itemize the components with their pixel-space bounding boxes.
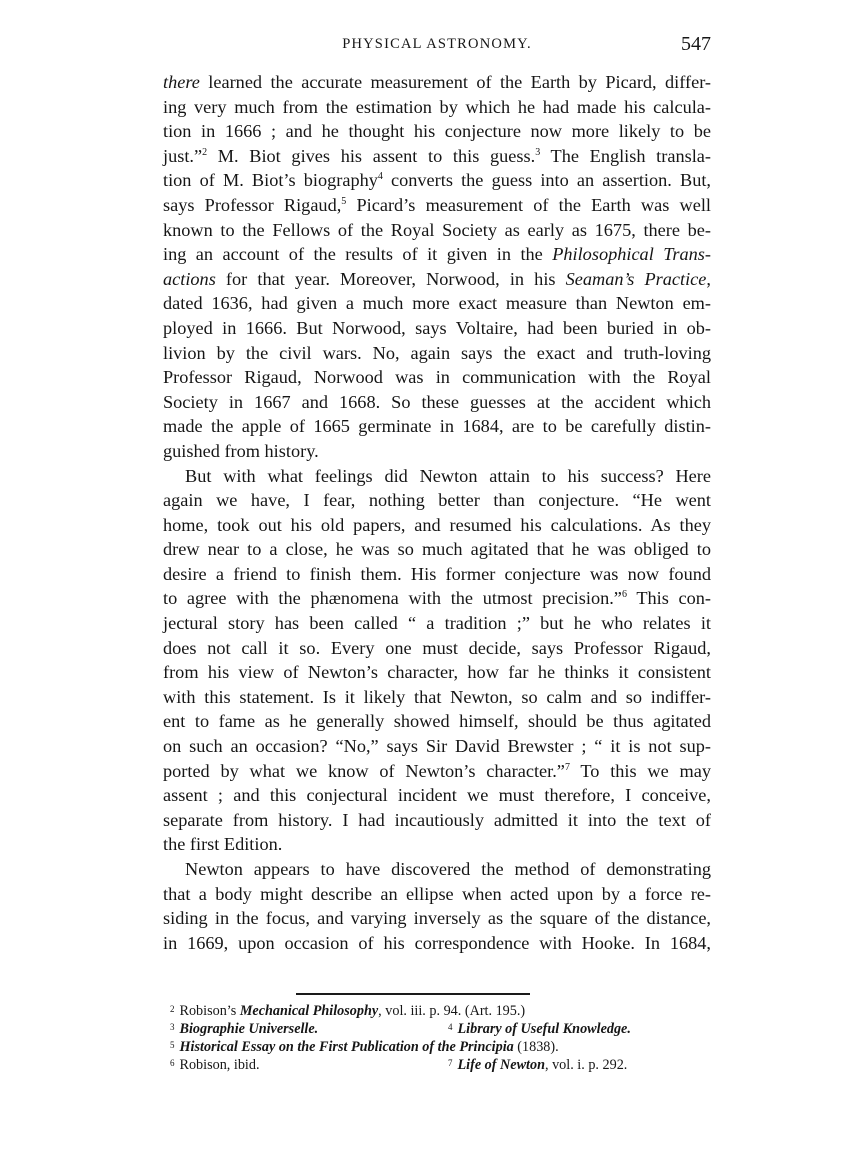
text-run: to agree with the phænomena with the utm…	[163, 588, 622, 608]
text-run: M. Biot gives his assent to this guess.	[207, 146, 535, 166]
italic-text: there	[163, 72, 200, 92]
text-run: dated 1636, had given a much more exact …	[163, 293, 711, 313]
footnote: 5Historical Essay on the First Publicati…	[170, 1036, 690, 1054]
italic-text: Seaman’s Practice	[566, 269, 707, 289]
text-run: Society in 1667 and 1668. So these guess…	[163, 392, 711, 412]
text-line: Society in 1667 and 1668. So these guess…	[163, 390, 711, 415]
text-line: tion in 1666 ; and he thought his conjec…	[163, 119, 711, 144]
footnote-title: Library of Useful Knowledge.	[458, 1021, 631, 1037]
text-line: the first Edition.	[163, 832, 711, 857]
footnote: 2Robison’s Mechanical Philosophy, vol. i…	[170, 1000, 690, 1018]
text-line: ployed in 1666. But Norwood, says Voltai…	[163, 316, 711, 341]
text-run: jectural story has been called “ a tradi…	[163, 613, 711, 633]
footnote-number: 4	[448, 1022, 453, 1032]
text-run: that a body might describe an ellipse wh…	[163, 884, 711, 904]
text-run: ported by what we know of Newton’s chara…	[163, 761, 565, 781]
text-run: in 1669, upon occasion of his correspond…	[163, 933, 711, 953]
footnote-rule	[296, 993, 530, 995]
footnote-title: Historical Essay on the First Publicatio…	[180, 1039, 514, 1055]
text-line: ing an account of the results of it give…	[163, 242, 711, 267]
footnote: 6Robison, ibid.7Life of Newton, vol. i. …	[170, 1054, 690, 1072]
text-line: jectural story has been called “ a tradi…	[163, 611, 711, 636]
text-run: guished from history.	[163, 441, 319, 461]
text-run: Newton appears to have discovered the me…	[185, 859, 711, 879]
text-run: does not call it so. Every one must deci…	[163, 638, 711, 658]
text-run: from his view of Newton’s character, how…	[163, 662, 711, 682]
text-line: separate from history. I had incautiousl…	[163, 808, 711, 833]
text-run: To this we may	[570, 761, 711, 781]
text-run: for that year. Moreover, Norwood, in his	[216, 269, 566, 289]
text-run: ployed in 1666. But Norwood, says Voltai…	[163, 318, 711, 338]
text-run: known to the Fellows of the Royal Societ…	[163, 220, 711, 240]
text-run: home, took out his old papers, and resum…	[163, 515, 711, 535]
text-run: tion of M. Biot’s biography	[163, 170, 378, 190]
footnote-number: 6	[170, 1058, 175, 1068]
footnote-right: 7Life of Newton, vol. i. p. 292.	[448, 1054, 627, 1074]
text-run: Picard’s measurement of the Earth was we…	[346, 195, 711, 215]
text-line: dated 1636, had given a much more exact …	[163, 291, 711, 316]
text-run: ent to fame as he generally showed himse…	[163, 711, 711, 731]
footnote-text: , vol. i. p. 292.	[545, 1057, 627, 1073]
text-run: on such an occasion? “No,” says Sir Davi…	[163, 736, 711, 756]
text-run: made the apple of 1665 germinate in 1684…	[163, 416, 711, 436]
text-run: ing an account of the results of it give…	[163, 244, 552, 264]
text-line: tion of M. Biot’s biography4 converts th…	[163, 168, 711, 193]
text-line: home, took out his old papers, and resum…	[163, 513, 711, 538]
footnote-number: 7	[448, 1058, 453, 1068]
footnote-number: 2	[170, 1004, 175, 1014]
italic-text: Philosophical Trans-	[552, 244, 711, 264]
text-line: just.”2 M. Biot gives his assent to this…	[163, 144, 711, 169]
text-line: again we have, I fear, nothing better th…	[163, 488, 711, 513]
text-line: made the apple of 1665 germinate in 1684…	[163, 414, 711, 439]
text-run: learned the accurate measurement of the …	[200, 72, 711, 92]
text-line: Professor Rigaud, Norwood was in communi…	[163, 365, 711, 390]
page-number: 547	[681, 33, 711, 56]
text-run: ing very much from the estimation by whi…	[163, 97, 711, 117]
footnote-number: 3	[170, 1022, 175, 1032]
text-line: ent to fame as he generally showed himse…	[163, 709, 711, 734]
text-line: that a body might describe an ellipse wh…	[163, 882, 711, 907]
text-line: ing very much from the estimation by whi…	[163, 95, 711, 120]
text-run: This con-	[627, 588, 711, 608]
text-run: just.”	[163, 146, 202, 166]
text-run: converts the guess into an assertion. Bu…	[383, 170, 711, 190]
text-run: desire a friend to finish them. His form…	[163, 564, 711, 584]
footnote-right: 4Library of Useful Knowledge.	[448, 1018, 631, 1038]
text-line: desire a friend to finish them. His form…	[163, 562, 711, 587]
footnotes: 2Robison’s Mechanical Philosophy, vol. i…	[170, 1000, 690, 1072]
running-title: PHYSICAL ASTRONOMY.	[163, 36, 711, 53]
text-run: again we have, I fear, nothing better th…	[163, 490, 711, 510]
text-line: on such an occasion? “No,” says Sir Davi…	[163, 734, 711, 759]
running-head: PHYSICAL ASTRONOMY. 547	[163, 33, 711, 55]
footnote-text: (1838).	[514, 1039, 559, 1055]
text-run: with this statement. Is it likely that N…	[163, 687, 711, 707]
footnote-text: Robison, ibid.	[180, 1057, 260, 1073]
footnote-title: Mechanical Philosophy	[240, 1003, 378, 1019]
text-line: Newton appears to have discovered the me…	[163, 857, 711, 882]
footnote-text: Robison’s	[180, 1003, 240, 1019]
text-run: siding in the focus, and varying inverse…	[163, 908, 711, 928]
text-line: with this statement. Is it likely that N…	[163, 685, 711, 710]
body-text: there learned the accurate measurement o…	[163, 70, 711, 955]
text-run: ,	[706, 269, 711, 289]
text-line: says Professor Rigaud,5 Picard’s measure…	[163, 193, 711, 218]
text-line: drew near to a close, he was so much agi…	[163, 537, 711, 562]
footnote: 3Biographie Universelle.4Library of Usef…	[170, 1018, 690, 1036]
text-line: from his view of Newton’s character, how…	[163, 660, 711, 685]
text-run: separate from history. I had incautiousl…	[163, 810, 711, 830]
text-line: in 1669, upon occasion of his correspond…	[163, 931, 711, 956]
footnote-title: Life of Newton	[458, 1057, 545, 1073]
text-run: Professor Rigaud, Norwood was in communi…	[163, 367, 711, 387]
text-line: known to the Fellows of the Royal Societ…	[163, 218, 711, 243]
text-line: assent ; and this conjectural incident w…	[163, 783, 711, 808]
footnote-text: , vol. iii. p. 94. (Art. 195.)	[378, 1003, 525, 1019]
text-line: to agree with the phænomena with the utm…	[163, 586, 711, 611]
text-run: The English transla-	[540, 146, 711, 166]
text-line: But with what feelings did Newton attain…	[163, 464, 711, 489]
text-line: guished from history.	[163, 439, 711, 464]
text-run: says Professor Rigaud,	[163, 195, 341, 215]
text-line: siding in the focus, and varying inverse…	[163, 906, 711, 931]
text-run: livion by the civil wars. No, again says…	[163, 343, 711, 363]
text-line: ported by what we know of Newton’s chara…	[163, 759, 711, 784]
text-line: does not call it so. Every one must deci…	[163, 636, 711, 661]
italic-text: actions	[163, 269, 216, 289]
text-run: But with what feelings did Newton attain…	[185, 466, 711, 486]
text-run: tion in 1666 ; and he thought his conjec…	[163, 121, 711, 141]
text-run: assent ; and this conjectural incident w…	[163, 785, 711, 805]
book-page: PHYSICAL ASTRONOMY. 547 there learned th…	[0, 0, 850, 1150]
text-line: livion by the civil wars. No, again says…	[163, 341, 711, 366]
footnote-title: Biographie Universelle.	[180, 1021, 319, 1037]
text-line: there learned the accurate measurement o…	[163, 70, 711, 95]
text-run: drew near to a close, he was so much agi…	[163, 539, 711, 559]
footnote-number: 5	[170, 1040, 175, 1050]
text-run: the first Edition.	[163, 834, 282, 854]
text-line: actions for that year. Moreover, Norwood…	[163, 267, 711, 292]
